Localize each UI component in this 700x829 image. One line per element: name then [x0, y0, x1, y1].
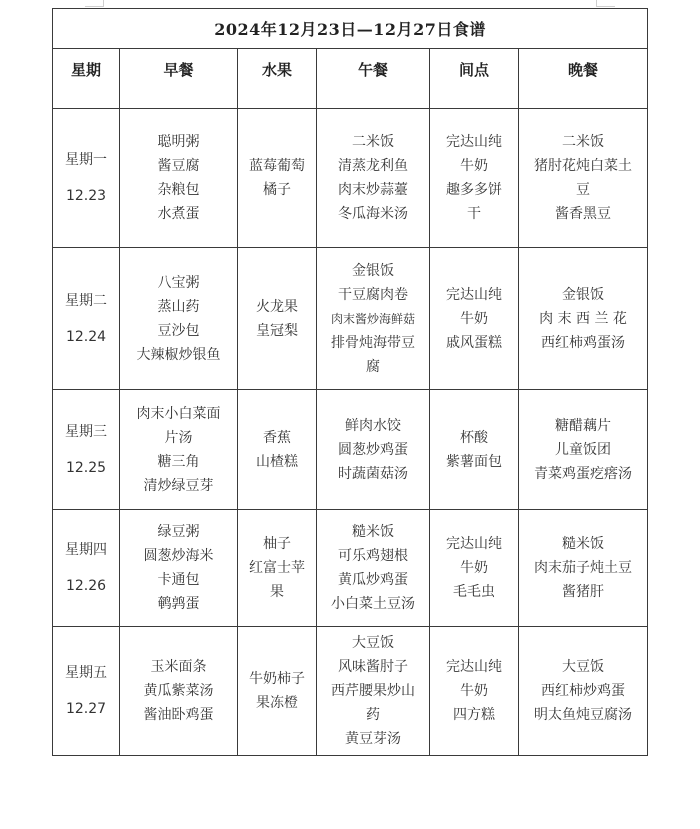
- dish-item: 圆葱炒海米: [120, 544, 237, 568]
- fruit-cell: 蓝莓葡萄橘子: [238, 109, 317, 248]
- dish-item: 杯酸: [430, 426, 518, 450]
- dish-item: 可乐鸡翅根: [317, 544, 429, 568]
- dish-item: 排骨炖海带豆: [317, 331, 429, 355]
- fruit-cell: 牛奶柿子果冻橙: [238, 627, 317, 756]
- date-label: 12.25: [53, 450, 119, 486]
- snack-cell: 完达山纯牛奶四方糕: [430, 627, 519, 756]
- dish-item: 蒸山药: [120, 295, 237, 319]
- weekday-label: 星期四: [53, 532, 119, 568]
- dish-item: 四方糕: [430, 703, 518, 727]
- fruit-cell: 香蕉山楂糕: [238, 390, 317, 510]
- snack-cell: 完达山纯牛奶趣多多饼干: [430, 109, 519, 248]
- date-label: 12.27: [53, 691, 119, 727]
- dish-item: 杂粮包: [120, 178, 237, 202]
- dish-item: 青菜鸡蛋疙瘩汤: [519, 462, 647, 486]
- dish-item: 鲜肉水饺: [317, 414, 429, 438]
- fruit-cell: 火龙果皇冠梨: [238, 248, 317, 390]
- dish-item: 西红柿鸡蛋汤: [519, 331, 647, 355]
- dish-item: 腐: [317, 355, 429, 379]
- dish-item: 肉末茄子炖土豆: [519, 556, 647, 580]
- menu-row: 星期四12.26绿豆粥圆葱炒海米卡通包鹌鹑蛋柚子红富士苹果糙米饭可乐鸡翅根黄瓜炒…: [53, 510, 648, 627]
- snack-cell: 完达山纯牛奶戚风蛋糕: [430, 248, 519, 390]
- weekday-label: 星期三: [53, 414, 119, 450]
- lunch-cell: 鲜肉水饺圆葱炒鸡蛋时蔬菌菇汤: [317, 390, 430, 510]
- page-corner-mark-right: [596, 0, 615, 7]
- weekday-label: 星期五: [53, 655, 119, 691]
- menu-title: 2024年12月23日—12月27日食谱: [53, 9, 648, 49]
- dish-item: 牛奶柿子: [238, 667, 316, 691]
- dish-item: 酱油卧鸡蛋: [120, 703, 237, 727]
- dish-item: 卡通包: [120, 568, 237, 592]
- dish-item: 鹌鹑蛋: [120, 592, 237, 616]
- dish-item: 猪肘花炖白菜土: [519, 154, 647, 178]
- dish-item: 水煮蛋: [120, 202, 237, 226]
- dish-item: 西芹腰果炒山: [317, 679, 429, 703]
- dish-item: 完达山纯: [430, 655, 518, 679]
- dish-item: 糙米饭: [317, 520, 429, 544]
- breakfast-cell: 玉米面条黄瓜紫菜汤酱油卧鸡蛋: [120, 627, 238, 756]
- weekly-menu-table: 2024年12月23日—12月27日食谱 星期 早餐 水果 午餐 间点 晚餐 星…: [52, 8, 648, 756]
- dish-item: 完达山纯: [430, 130, 518, 154]
- dish-item: 二米饭: [519, 130, 647, 154]
- weekday-label: 星期一: [53, 142, 119, 178]
- dinner-cell: 二米饭猪肘花炖白菜土豆酱香黑豆: [519, 109, 648, 248]
- dish-item: 酱豆腐: [120, 154, 237, 178]
- dish-item: 牛奶: [430, 154, 518, 178]
- day-cell: 星期五12.27: [53, 627, 120, 756]
- dish-item: 大辣椒炒银鱼: [120, 343, 237, 367]
- dish-item: 酱猪肝: [519, 580, 647, 604]
- dish-item: 小白菜土豆汤: [317, 592, 429, 616]
- dish-item: 橘子: [238, 178, 316, 202]
- header-day: 星期: [53, 49, 120, 109]
- dish-item: 牛奶: [430, 679, 518, 703]
- dish-item: 糖三角: [120, 450, 237, 474]
- header-dinner: 晚餐: [519, 49, 648, 109]
- dinner-cell: 糙米饭肉末茄子炖土豆酱猪肝: [519, 510, 648, 627]
- dish-item: 大豆饭: [519, 655, 647, 679]
- dish-item: 毛毛虫: [430, 580, 518, 604]
- dish-item: 聪明粥: [120, 130, 237, 154]
- dish-item: 风味酱肘子: [317, 655, 429, 679]
- dish-item: 明太鱼炖豆腐汤: [519, 703, 647, 727]
- header-breakfast: 早餐: [120, 49, 238, 109]
- dish-item: 肉末小白菜面: [120, 402, 237, 426]
- dish-item: 黄瓜炒鸡蛋: [317, 568, 429, 592]
- dish-item: 果: [238, 580, 316, 604]
- dish-item: 牛奶: [430, 556, 518, 580]
- dinner-cell: 糖醋藕片儿童饭团青菜鸡蛋疙瘩汤: [519, 390, 648, 510]
- dish-item: 肉末炒蒜薹: [317, 178, 429, 202]
- snack-cell: 完达山纯牛奶毛毛虫: [430, 510, 519, 627]
- dish-item: 完达山纯: [430, 283, 518, 307]
- dish-item: 二米饭: [317, 130, 429, 154]
- dish-item: 酱香黑豆: [519, 202, 647, 226]
- snack-cell: 杯酸紫薯面包: [430, 390, 519, 510]
- dish-item: 完达山纯: [430, 532, 518, 556]
- dish-item: 冬瓜海米汤: [317, 202, 429, 226]
- menu-row: 星期三12.25肉末小白菜面片汤糖三角清炒绿豆芽香蕉山楂糕鲜肉水饺圆葱炒鸡蛋时蔬…: [53, 390, 648, 510]
- date-label: 12.24: [53, 319, 119, 355]
- header-fruit: 水果: [238, 49, 317, 109]
- dish-item: 肉末酱炒海鲜菇: [317, 307, 429, 331]
- dish-item: 豆沙包: [120, 319, 237, 343]
- dish-item: 肉 末 西 兰 花: [519, 307, 647, 331]
- day-cell: 星期二12.24: [53, 248, 120, 390]
- dish-item: 黄豆芽汤: [317, 727, 429, 751]
- dish-item: 金银饭: [317, 259, 429, 283]
- dish-item: 西红柿炒鸡蛋: [519, 679, 647, 703]
- dish-item: 清炒绿豆芽: [120, 474, 237, 498]
- header-snack: 间点: [430, 49, 519, 109]
- header-lunch: 午餐: [317, 49, 430, 109]
- dish-item: 糙米饭: [519, 532, 647, 556]
- dish-item: 玉米面条: [120, 655, 237, 679]
- dish-item: 趣多多饼: [430, 178, 518, 202]
- dish-item: 牛奶: [430, 307, 518, 331]
- dish-item: 柚子: [238, 532, 316, 556]
- page-corner-mark-left: [85, 0, 104, 7]
- dish-item: 戚风蛋糕: [430, 331, 518, 355]
- dish-item: 干: [430, 202, 518, 226]
- day-cell: 星期三12.25: [53, 390, 120, 510]
- dish-item: 豆: [519, 178, 647, 202]
- day-cell: 星期一12.23: [53, 109, 120, 248]
- dish-item: 火龙果: [238, 295, 316, 319]
- dish-item: 黄瓜紫菜汤: [120, 679, 237, 703]
- dish-item: 圆葱炒鸡蛋: [317, 438, 429, 462]
- dish-item: 时蔬菌菇汤: [317, 462, 429, 486]
- dish-item: 红富士苹: [238, 556, 316, 580]
- dinner-cell: 金银饭肉 末 西 兰 花西红柿鸡蛋汤: [519, 248, 648, 390]
- breakfast-cell: 八宝粥蒸山药豆沙包大辣椒炒银鱼: [120, 248, 238, 390]
- day-cell: 星期四12.26: [53, 510, 120, 627]
- menu-row: 星期二12.24八宝粥蒸山药豆沙包大辣椒炒银鱼火龙果皇冠梨金银饭干豆腐肉卷肉末酱…: [53, 248, 648, 390]
- dish-item: 山楂糕: [238, 450, 316, 474]
- dish-item: 绿豆粥: [120, 520, 237, 544]
- lunch-cell: 二米饭清蒸龙利鱼肉末炒蒜薹冬瓜海米汤: [317, 109, 430, 248]
- dish-item: 果冻橙: [238, 691, 316, 715]
- dish-item: 大豆饭: [317, 631, 429, 655]
- dinner-cell: 大豆饭西红柿炒鸡蛋明太鱼炖豆腐汤: [519, 627, 648, 756]
- dish-item: 糖醋藕片: [519, 414, 647, 438]
- dish-item: 金银饭: [519, 283, 647, 307]
- weekday-label: 星期二: [53, 283, 119, 319]
- menu-row: 星期五12.27玉米面条黄瓜紫菜汤酱油卧鸡蛋牛奶柿子果冻橙大豆饭风味酱肘子西芹腰…: [53, 627, 648, 756]
- breakfast-cell: 绿豆粥圆葱炒海米卡通包鹌鹑蛋: [120, 510, 238, 627]
- dish-item: 香蕉: [238, 426, 316, 450]
- lunch-cell: 糙米饭可乐鸡翅根黄瓜炒鸡蛋小白菜土豆汤: [317, 510, 430, 627]
- menu-row: 星期一12.23聪明粥酱豆腐杂粮包水煮蛋蓝莓葡萄橘子二米饭清蒸龙利鱼肉末炒蒜薹冬…: [53, 109, 648, 248]
- date-label: 12.23: [53, 178, 119, 214]
- header-row: 星期 早餐 水果 午餐 间点 晚餐: [53, 49, 648, 109]
- dish-item: 儿童饭团: [519, 438, 647, 462]
- date-label: 12.26: [53, 568, 119, 604]
- dish-item: 紫薯面包: [430, 450, 518, 474]
- dish-item: 八宝粥: [120, 271, 237, 295]
- dish-item: 干豆腐肉卷: [317, 283, 429, 307]
- dish-item: 蓝莓葡萄: [238, 154, 316, 178]
- breakfast-cell: 聪明粥酱豆腐杂粮包水煮蛋: [120, 109, 238, 248]
- fruit-cell: 柚子红富士苹果: [238, 510, 317, 627]
- breakfast-cell: 肉末小白菜面片汤糖三角清炒绿豆芽: [120, 390, 238, 510]
- dish-item: 药: [317, 703, 429, 727]
- lunch-cell: 大豆饭风味酱肘子西芹腰果炒山药黄豆芽汤: [317, 627, 430, 756]
- dish-item: 清蒸龙利鱼: [317, 154, 429, 178]
- lunch-cell: 金银饭干豆腐肉卷肉末酱炒海鲜菇排骨炖海带豆腐: [317, 248, 430, 390]
- dish-item: 皇冠梨: [238, 319, 316, 343]
- dish-item: 片汤: [120, 426, 237, 450]
